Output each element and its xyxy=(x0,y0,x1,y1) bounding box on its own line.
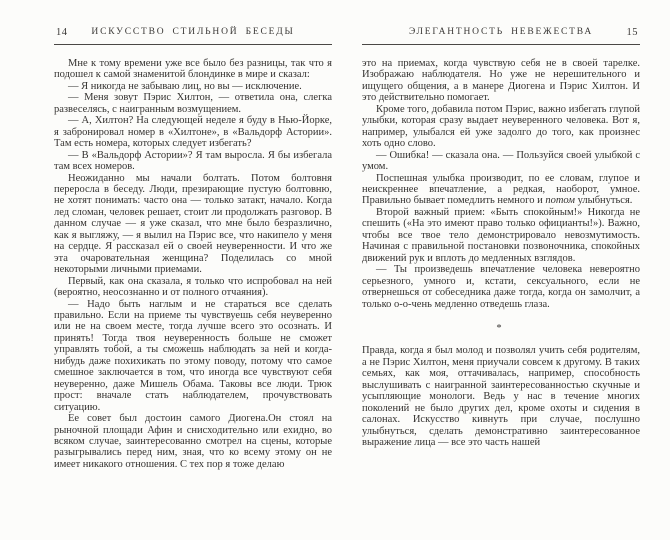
left-page-number: 14 xyxy=(56,27,68,38)
paragraph: Кроме того, добавила потом Пэрис, важно … xyxy=(362,104,640,150)
right-header-rule xyxy=(362,44,640,45)
left-page-body: Мне к тому времени уже все было без разн… xyxy=(54,58,332,470)
right-page: 15 ЭЛЕГАНТНОСТЬ НЕВЕЖЕСТВА это на приема… xyxy=(362,27,640,449)
paragraph: — Я никогда не забываю лиц, но вы — искл… xyxy=(54,81,332,92)
paragraph: Первый, как она сказала, я только что ис… xyxy=(54,276,332,299)
paragraph: Ее совет был достоин самого Диогена.Он с… xyxy=(54,413,332,470)
right-page-number: 15 xyxy=(627,27,639,38)
paragraph: Мне к тому времени уже все было без разн… xyxy=(54,58,332,81)
paragraph: — Надо быть наглым и не стараться все сд… xyxy=(54,299,332,414)
paragraph: — А, Хилтон? На следующей неделе я буду … xyxy=(54,115,332,149)
left-header-rule xyxy=(54,44,332,45)
section-separator: * xyxy=(362,323,640,334)
paragraph: — Ты произведешь впечатление человека не… xyxy=(362,264,640,310)
paragraph: — Ошибка! — сказала она. — Пользуйся сво… xyxy=(362,150,640,173)
left-page-header: 14 ИСКУССТВО СТИЛЬНОЙ БЕСЕДЫ xyxy=(54,27,332,41)
paragraph: Поспешная улыбка производит, по ее слова… xyxy=(362,173,640,207)
paragraph: Второй важный прием: «Быть спокойным!» Н… xyxy=(362,207,640,264)
paragraph: Правда, когда я был молод и позволял учи… xyxy=(362,345,640,448)
paragraph: — В «Вальдорф Астории»? Я там выросла. Я… xyxy=(54,150,332,173)
paragraph: Неожиданно мы начали болтать. Потом болт… xyxy=(54,173,332,276)
left-page: 14 ИСКУССТВО СТИЛЬНОЙ БЕСЕДЫ Мне к тому … xyxy=(54,27,332,470)
right-page-body: это на приемах, когда чувствую себя не в… xyxy=(362,58,640,449)
book-spread: 14 ИСКУССТВО СТИЛЬНОЙ БЕСЕДЫ Мне к тому … xyxy=(0,0,670,540)
paragraph: — Меня зовут Пэрис Хилтон, — ответила он… xyxy=(54,92,332,115)
left-running-title: ИСКУССТВО СТИЛЬНОЙ БЕСЕДЫ xyxy=(54,27,332,37)
right-running-title: ЭЛЕГАНТНОСТЬ НЕВЕЖЕСТВА xyxy=(362,27,640,37)
paragraph: это на приемах, когда чувствую себя не в… xyxy=(362,58,640,104)
right-page-header: 15 ЭЛЕГАНТНОСТЬ НЕВЕЖЕСТВА xyxy=(362,27,640,41)
